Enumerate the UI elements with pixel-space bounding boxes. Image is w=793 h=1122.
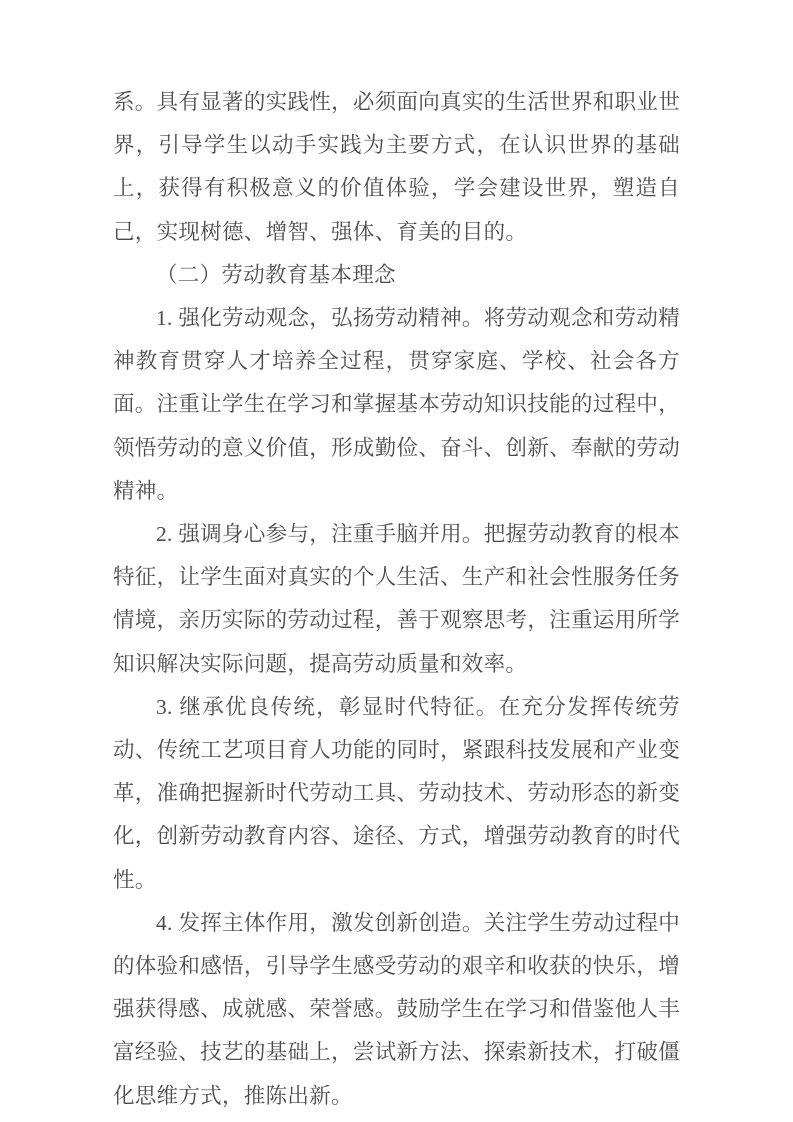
numbered-paragraph-2: 2. 强调身心参与，注重手脑并用。把握劳动教育的根本特征，让学生面对真实的个人生… (113, 513, 680, 686)
numbered-paragraph-4: 4. 发挥主体作用，激发创新创造。关注学生劳动过程中的体验和感悟，引导学生感受劳… (113, 902, 680, 1118)
numbered-paragraph-1: 1. 强化劳动观念，弘扬劳动精神。将劳动观念和劳动精神教育贯穿人才培养全过程，贯… (113, 297, 680, 513)
document-page: 系。具有显著的实践性，必须面向真实的生活世界和职业世界，引导学生以动手实践为主要… (0, 0, 793, 1122)
document-text-block: 系。具有显著的实践性，必须面向真实的生活世界和职业世界，引导学生以动手实践为主要… (113, 81, 680, 1118)
section-heading: （二）劳动教育基本理念 (113, 254, 680, 297)
numbered-paragraph-3: 3. 继承优良传统，彰显时代特征。在充分发挥传统劳动、传统工艺项目育人功能的同时… (113, 686, 680, 902)
paragraph-continuation: 系。具有显著的实践性，必须面向真实的生活世界和职业世界，引导学生以动手实践为主要… (113, 81, 680, 254)
